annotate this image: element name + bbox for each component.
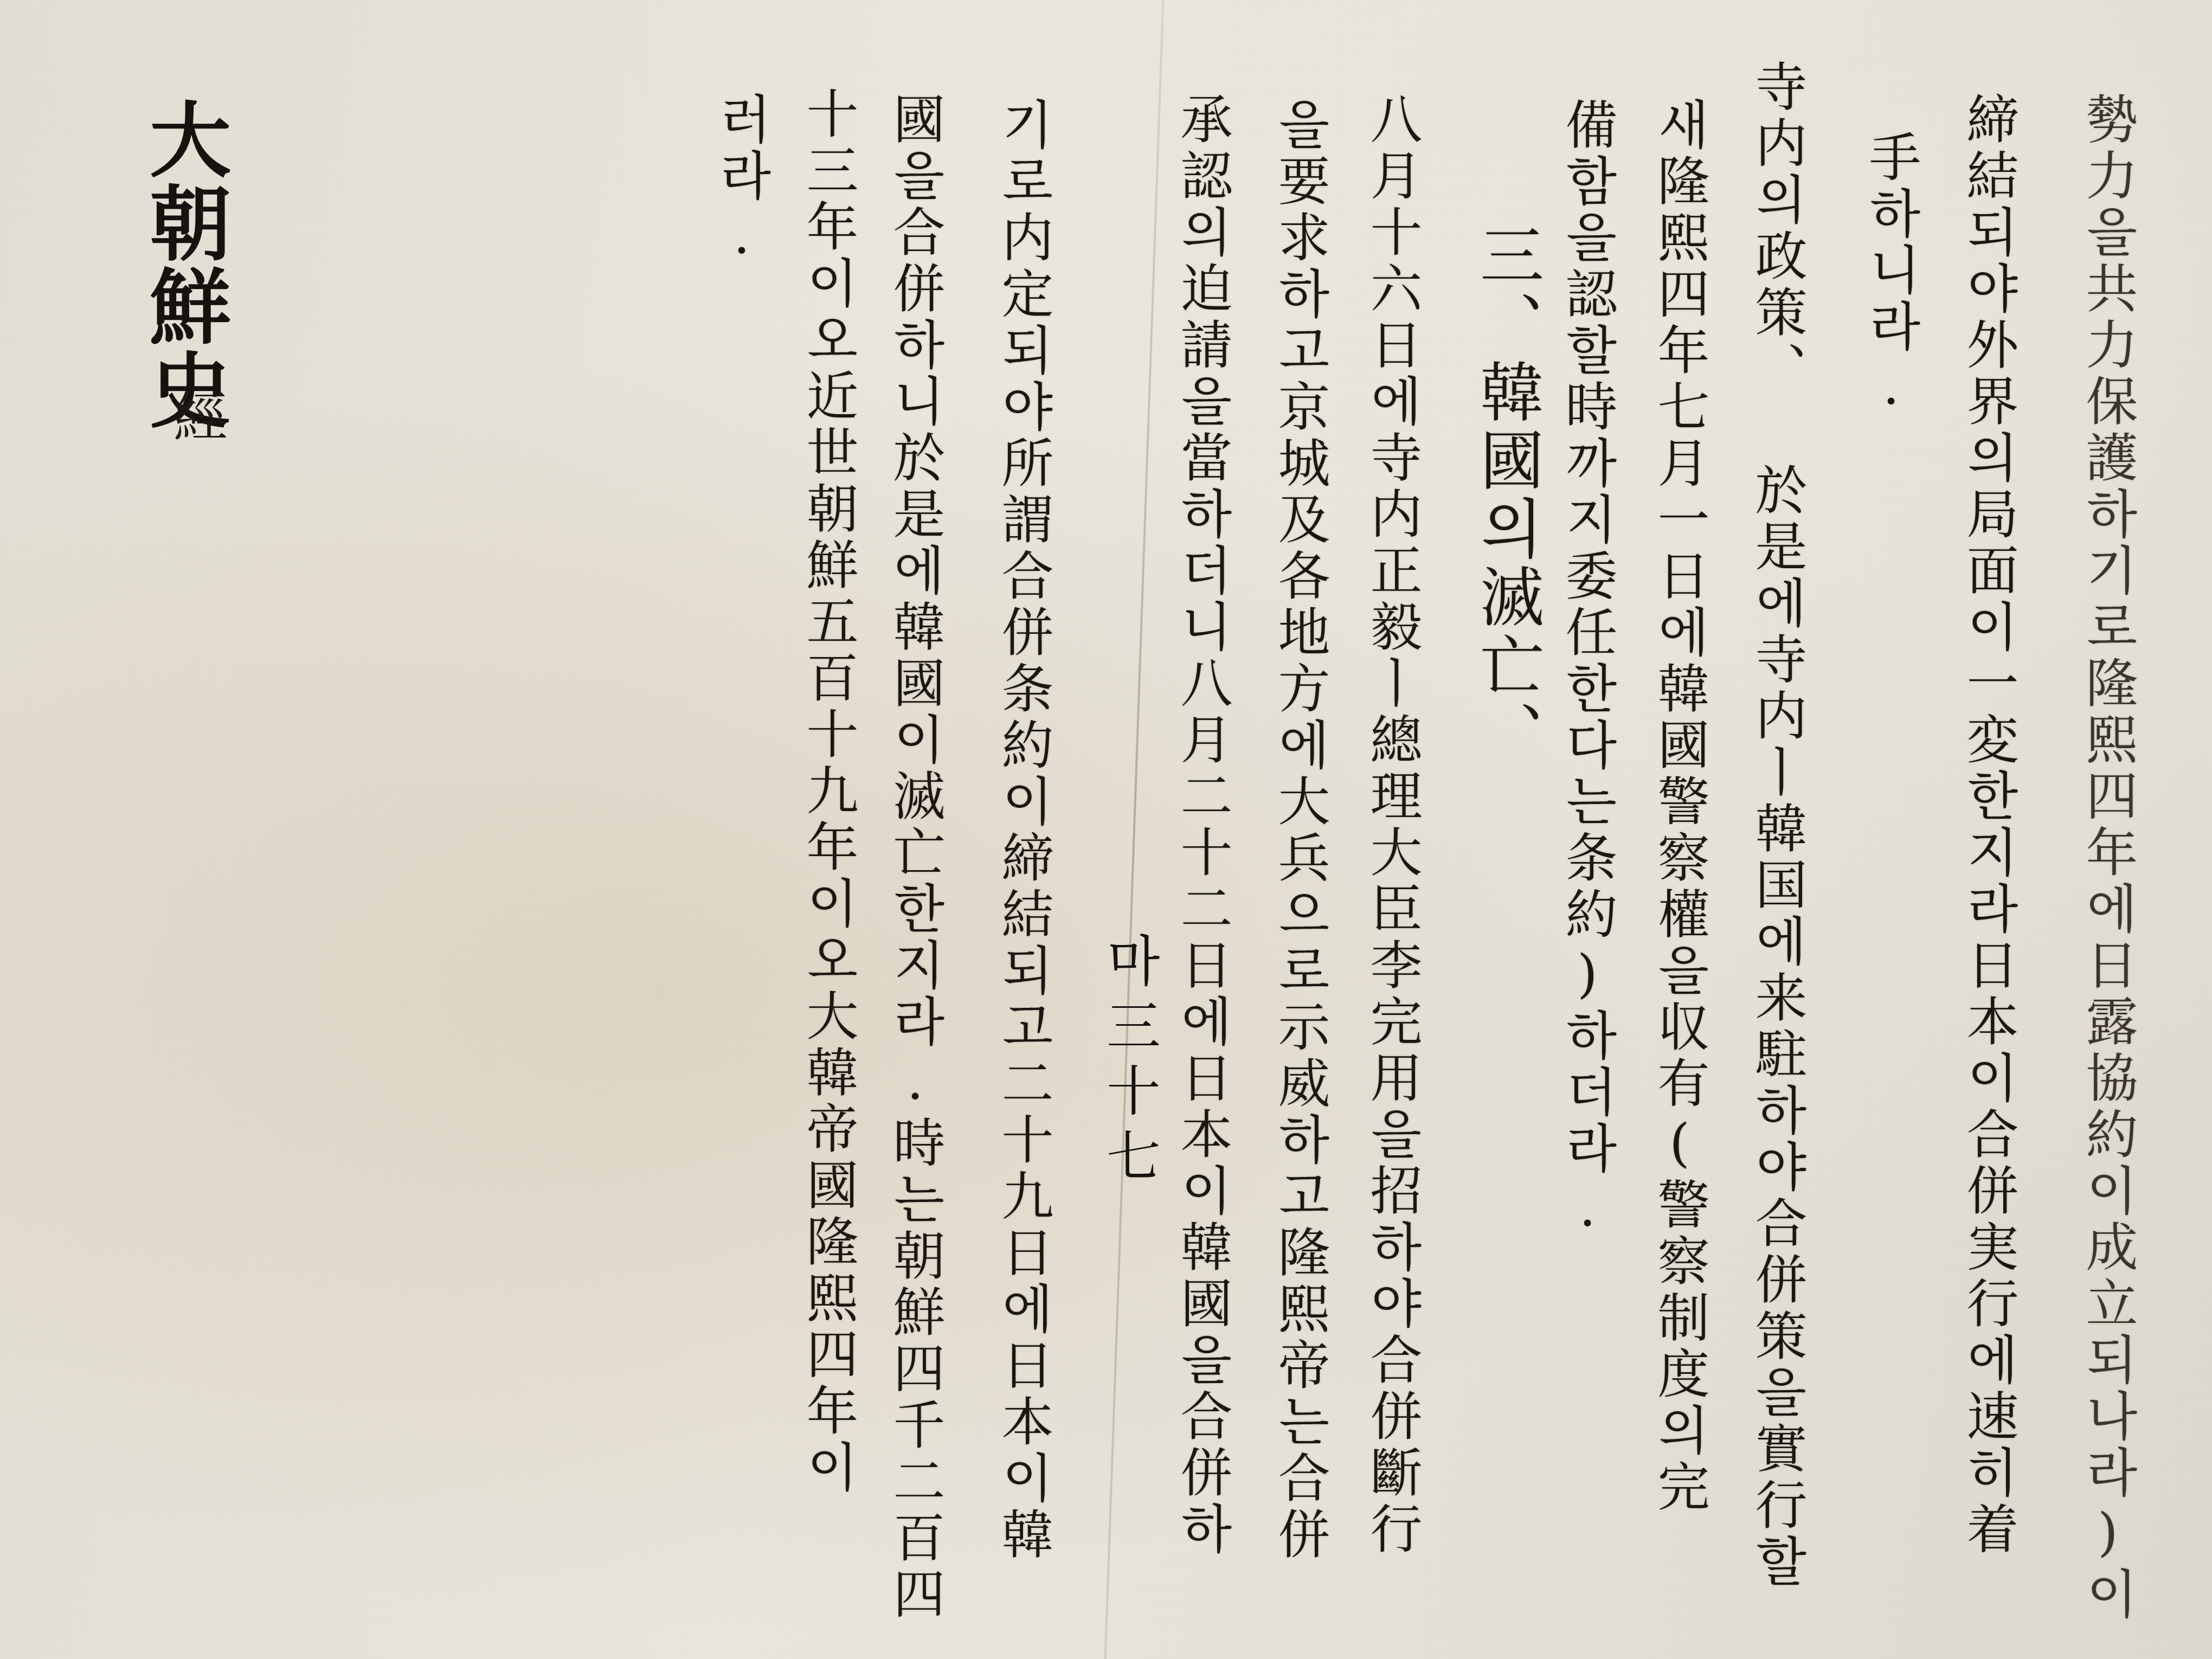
text-column-14: 러라. bbox=[716, 92, 768, 270]
manuscript-page: 勢力을共力保護하기로隆熙四年에日露協約이成立되나라)이 締結되야外界의局面이一変… bbox=[0, 0, 2212, 1659]
text-column-3: 手하니라. bbox=[1865, 130, 1917, 421]
text-column-5: 새隆熙四年七月一日에韓國警察權을収有(警察制度의完 bbox=[1654, 98, 1706, 1516]
title-annotation-mark: 經 bbox=[173, 374, 228, 452]
page-fold-line bbox=[1104, 0, 1165, 1659]
text-column-8: 八月十六日에寺内正毅ㅣ總理大臣李完用을招하야合併斷行 bbox=[1366, 92, 1418, 1558]
text-column-12: 國을合併하니於是에韓國이滅亡한지라.時는朝鮮四千二百四 bbox=[889, 92, 941, 1623]
text-column-4: 寺内의政策、 於是에寺内ㅣ韓国에来駐하야合併策을實行할 bbox=[1751, 60, 1803, 1591]
section-heading: 三、韓國의滅亡、 bbox=[1475, 222, 1539, 769]
text-column-11: 기로内定되야所謂合併条約이締結되고二十九日에日本이韓 bbox=[998, 98, 1050, 1564]
text-column-9: 을要求하고京城及各地方에大兵으로示威하고隆熙帝는合併 bbox=[1274, 98, 1326, 1564]
text-column-10: 承認의迫請을當하더니八月二十二日에日本이韓國을合併하 bbox=[1176, 92, 1229, 1558]
text-column-13: 十三年이오近世朝鮮五百十九年이오大韓帝國隆熙四年이 bbox=[802, 87, 854, 1496]
text-column-1: 勢力을共力保護하기로隆熙四年에日露協約이成立되나라)이 bbox=[2082, 92, 2134, 1623]
page-number: 마三十七 bbox=[1090, 933, 1168, 1193]
text-column-2: 締結되야外界의局面이一変한지라日本이合併実行에速히着 bbox=[1963, 92, 2015, 1558]
text-column-6: 備함을認할時까지委任한다는条約)하더라. bbox=[1561, 98, 1613, 1243]
